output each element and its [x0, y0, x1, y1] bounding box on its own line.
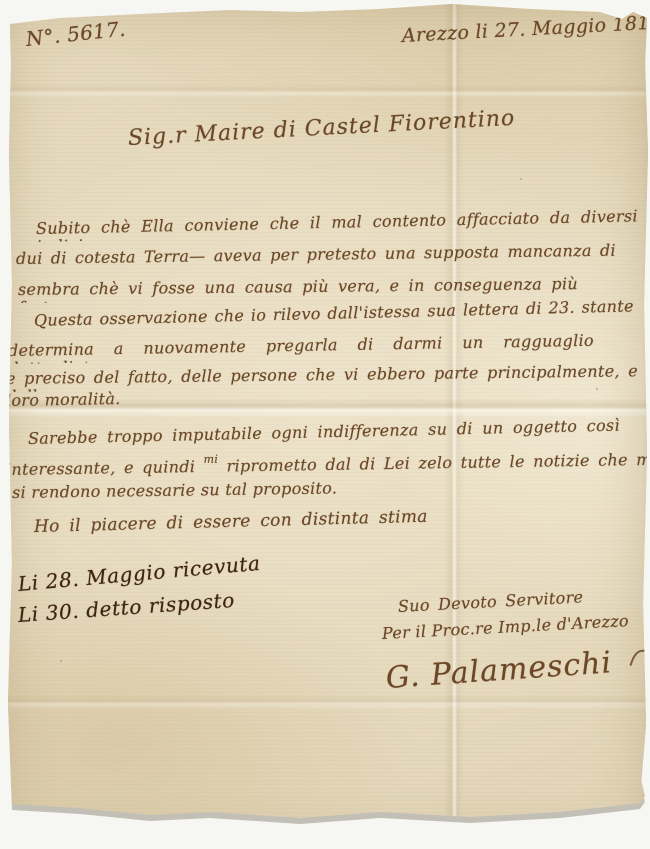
paper-specks — [0, 0, 2, 2]
letter-paper: N°. 5617. Arezzo li 27. Maggio 1812. Sig… — [0, 0, 650, 849]
body-line-segment: interessante, e quindi — [6, 457, 204, 479]
body-line: loro moralità. — [6, 390, 121, 410]
scanned-letter-page: N°. 5617. Arezzo li 27. Maggio 1812. Sig… — [0, 0, 650, 849]
signature-flourish — [624, 631, 650, 688]
interlinear-insertion: mi — [203, 453, 218, 466]
signature-name: G. Palameschi — [385, 645, 613, 696]
